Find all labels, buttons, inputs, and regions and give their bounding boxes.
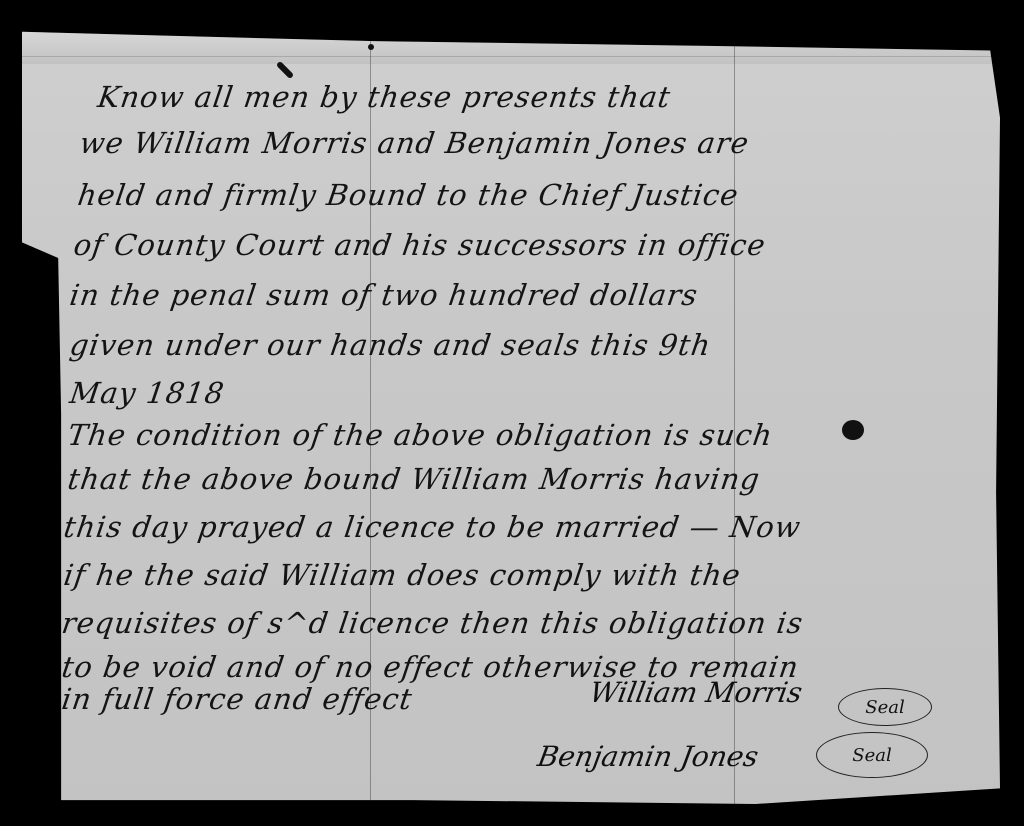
ink-blot (842, 420, 864, 440)
ink-dot (368, 44, 374, 50)
seal-benjamin-jones: Seal (816, 732, 928, 778)
signature-william-morris: William Morris (587, 676, 805, 709)
document-line-14: in full force and effect (60, 682, 415, 716)
document-line-8: The condition of the above obligation is… (66, 418, 775, 452)
document-line-6: given under our hands and seals this 9th (68, 328, 714, 362)
document-line-12: requisites of s^d licence then this obli… (60, 606, 806, 640)
document-line-1: Know all men by these presents that (96, 80, 673, 114)
document-line-9: that the above bound William Morris havi… (66, 462, 763, 496)
seal-label: Seal (865, 697, 904, 718)
document-line-7: May 1818 (68, 376, 227, 410)
seal-label: Seal (852, 745, 891, 766)
document-line-4: of County Court and his successors in of… (72, 228, 768, 262)
document-line-10: this day prayed a licence to be married … (62, 510, 804, 544)
seal-william-morris: Seal (838, 688, 932, 726)
document-line-2: we William Morris and Benjamin Jones are (78, 126, 752, 160)
paper-top-edge (22, 24, 1000, 64)
document-line-11: if he the said William does comply with … (62, 558, 743, 592)
document-line-3: held and firmly Bound to the Chief Justi… (76, 178, 741, 212)
document-line-5: in the penal sum of two hundred dollars (68, 278, 701, 312)
signature-benjamin-jones: Benjamin Jones (535, 740, 761, 773)
paper-left-edge (36, 404, 58, 804)
fold-line-top (22, 56, 1000, 57)
